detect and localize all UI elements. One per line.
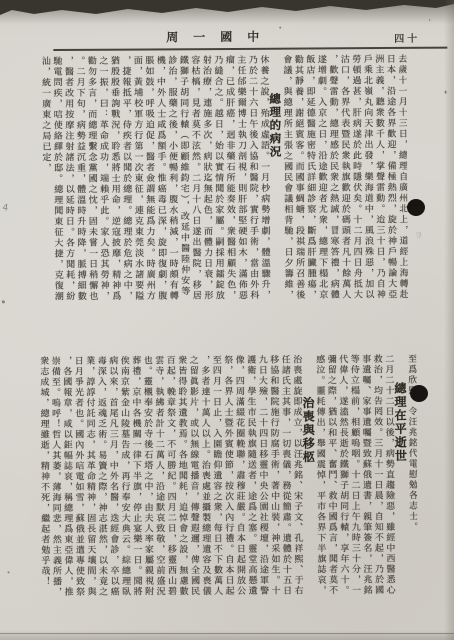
header-rule xyxy=(53,47,447,51)
text-column: 業，諄諄付託同志，其革命精神，固長留天壤間，與 xyxy=(83,356,96,630)
text-column: 也。靈櫬奉安於寺後石塔之中，由夫人率家屬親視附 xyxy=(140,355,153,629)
text-column: 衆志成城，總理雖逝，精神不死，繼起者勉乎哉！ xyxy=(37,356,50,630)
section-title-funeral: 治喪與移柩 xyxy=(301,354,314,628)
text-column: 診治，服藥之後，小便暢利，腹水稍減，一時頗有轉 xyxy=(165,55,178,347)
publication-title: 周一國中 xyxy=(166,28,274,46)
corner-tick-mark: ’ xyxy=(428,19,431,29)
dust-speck xyxy=(279,27,281,29)
text-column: 百起，輓章祭文，不可勝紀。四月二日，移靈西山碧 xyxy=(163,355,176,629)
section-title-illness: 總理的病況 xyxy=(268,55,281,347)
text-column: 容枯槁，見者莫不泫然。二月十八日遂出醫院，移居 xyxy=(188,55,201,347)
text-column: 鐵獅子胡同行轅（即顧維鈞宅），改延中醫陸仲安等 xyxy=(176,55,189,347)
text-column: 祭，各界人士暨外賓使節，按次入內行禮。自本日起 xyxy=(221,355,234,629)
punch-hole-top xyxy=(407,199,425,216)
text-column: 治喪處旋即成立，以汪兆銘、宋子文、孔祥熙、于右 xyxy=(290,355,303,629)
text-column: 面，黃埔校軍方行第一次東征，連克東莞淡水諸要隘 xyxy=(130,56,143,348)
text-column: 汕，統一廣東之局已定， xyxy=(38,56,51,348)
section-title-death: 總理在平逝世 xyxy=(393,354,406,628)
text-column: 馳電問疾，唁使絡繹於邸。總理聞東征大捷，克復潮 xyxy=(50,56,63,348)
text-column: 主任邰樂爾博士執刀剖視，則肝部堅硬如木，滿佈惡 xyxy=(234,55,247,347)
text-column: 去歲十一月十三日，總理自廣州北上，道經上海轉赴 xyxy=(395,54,408,346)
text-column: 救治，均告罔效。三月十一日晨，自知不起，乃於國 xyxy=(370,354,383,628)
text-column: 彌留之際，猶以和平、奮鬥、救中國爲言，聞者莫不 xyxy=(324,354,337,628)
text-column: 代偉人，遂溘然長逝於鐵獅子胡同行轅，享年六十。 xyxy=(336,354,349,628)
text-column: 雲寺，執紼者計十二萬人，沿途默哀致敬，空前盛況 xyxy=(152,355,165,629)
text-column: 之留眞影片，或以無線電播音，傳聲遐邇，俾全國民 xyxy=(186,355,199,629)
text-column: 葬禮，京中各機關一律下半旗，停止宴樂一日。聞將 xyxy=(129,356,142,630)
text-column: 等侍立榻前，相顧嗚咽。十二日上午九時三十分，一 xyxy=(347,354,360,628)
text-column: 瘤，已成肝癌，迥非藥石所能奏效，衆醫相顧失色， xyxy=(222,55,235,347)
text-column: 移協和醫院施行防腐手術，著中山裝，神采如生。十 xyxy=(267,355,280,629)
text-column: 脹如鼓，呼吸迫促，醫者僉謂無能爲力矣。時廣州方 xyxy=(142,55,155,347)
bottom-article-block: 至爲欣慰，令汪兆銘代電慰勉各志士。 總理在平逝世 二月二十二日以後，病勢直趨險惡… xyxy=(16,354,418,630)
text-column: 休養之說，殆成虛語。一月杪病勢增劇，體溫驟升， xyxy=(257,55,270,347)
margin-pencil-mark: 4 xyxy=(2,203,9,214)
text-column: 戶乘北嶺丸向天津出發，樂海道中，風浪殊惡，加以 xyxy=(360,54,373,346)
text-column: 飯店，即延德醫施密特氏詳細診察，斷爲肝臟腫瘍， xyxy=(303,54,316,346)
text-column: 之一振，曰：革命成功，端賴乎此。家人恐其勞神， xyxy=(96,56,109,348)
text-column: 像，四周滿綴花圈輓聯，肅穆莊嚴。自本日起開放公 xyxy=(232,355,245,629)
text-column: 俟南京紫金山陵墓告成，再行奉安大典云。綜總理臥 xyxy=(117,356,130,630)
text-column: 射治療，連施多次，病狀迄無起色，而體力日衰，形 xyxy=(199,55,212,347)
text-column: 任諸氏主其事，一切喪儀，務從簡肅。遺體於十五日 xyxy=(278,355,291,629)
text-column: 勞頓過甚，肝病遂於此時隱伏矣。十二月四日舟抵大 xyxy=(349,54,362,346)
text-column: ，多者達十萬人以上。治喪處並攝製總理遺容及喪儀 xyxy=(198,355,211,629)
text-column: 毒深入，返魂乏術。易簀之際，神志湛然，以未竟之 xyxy=(94,356,107,630)
text-column: 乃於二十六日午後入協和醫院，實行手術，當由外科 xyxy=(245,55,258,347)
scanned-magazine-page: 周一國中 四十 去歲十一月十三日，總理自廣州北上，道經上海轉赴日本，沿途各界歡迎… xyxy=(0,0,454,640)
page-content: 周一國中 四十 去歲十一月十三日，總理自廣州北上，道經上海轉赴日本，沿途各界歡迎… xyxy=(0,0,454,640)
text-column: 日月爭光者也。國內外唁電如雪，蘇俄並遣專使致祭 xyxy=(71,356,84,630)
text-column: 勸勿多言，而總理繫念黨國之忱，固未嘗一日稍懈也 xyxy=(84,56,97,348)
text-column: ，醫者改用按摩注射諸法，以延時日。各方聞耗，紛 xyxy=(61,56,74,348)
text-column: 事遺囑、家事遺囑暨致蘇俄遺書，親筆簽名，汪兆銘 xyxy=(359,354,372,628)
text-column: 日本，沿途各界歡迎，備極熱烈，旋於神戶暢論大亞 xyxy=(383,54,396,346)
text-column: ，歡聲雷動，總理感於民衆之熱誠，冒寒答禮，病體 xyxy=(326,54,339,346)
top-article-block: 去歲十一月十三日，總理自廣州北上，道經上海轉赴日本，沿途各界歡迎，備極熱烈，旋於… xyxy=(14,54,408,348)
page-number: 四十 xyxy=(394,30,420,45)
dust-speck xyxy=(445,91,447,94)
text-column: 二月二十二日以後，病勢直趨險惡，雖經中西醫悉心 xyxy=(382,354,395,628)
text-column: 沽口，各界代表暨民衆執旗歡迎於碼頭者凡十餘萬人 xyxy=(337,54,350,346)
margin-smudge: 寻 xyxy=(413,232,423,240)
text-column: 遂增劇。入京之日，沿途歡迎者尤衆，總理下榻北京 xyxy=(314,54,327,346)
dust-speck xyxy=(2,300,5,303)
text-column: ，捷報抵平，侍疾者以聞於總理。總理於危病之中， xyxy=(119,56,132,348)
punch-hole-bottom xyxy=(410,385,428,402)
text-column: ，各國報章，咸以鉅幅誌哀，稱總理爲東亞偉人，推 xyxy=(60,356,73,630)
text-column: 機，中外人士咸爲額手。惟癌毒已深，旋即復劇，腹 xyxy=(153,55,166,347)
text-column: 乃縫合之。越日，始以實情聞於家屬。嗣採用鐳錠放 xyxy=(211,55,224,347)
text-column: 洲主義，聽衆數千人，掌聲雷動。迨三十日，乃自神 xyxy=(372,54,385,346)
text-column: 九日大殮，二十四日移靈中央公園社稷壇，沿途軍警 xyxy=(255,355,268,629)
text-column: 至四月一日止，入園瞻仰遺容之衆，每日不下數萬人 xyxy=(209,355,222,629)
dust-speck xyxy=(8,571,10,573)
text-column: 護衛，學生市民執旗隨送者，途爲之塞。靈堂高懸遺 xyxy=(244,355,257,629)
text-column: 崇備至。嗚呼！哲人其萎，薄海同悲，然主義所播， xyxy=(48,356,61,630)
text-column: 病以來，首尾凡三月，中外名醫，迭經會診，卒以癌 xyxy=(106,356,119,630)
text-column: 衆皆得聆其遺教焉。各地聞耗，追悼會之設，無慮數 xyxy=(175,355,188,629)
text-column: 勸其靜養，謝絕賓客。而國事蜩螗，段祺瑞所召善後 xyxy=(291,55,304,347)
text-column: 。二月下旬，病勢益沉重，體溫時升時降，脈搏細數 xyxy=(73,56,86,348)
text-column: 猶殷殷垂詢戰況，聆悉將士用命，逆寇披靡，精神爲 xyxy=(107,56,120,348)
